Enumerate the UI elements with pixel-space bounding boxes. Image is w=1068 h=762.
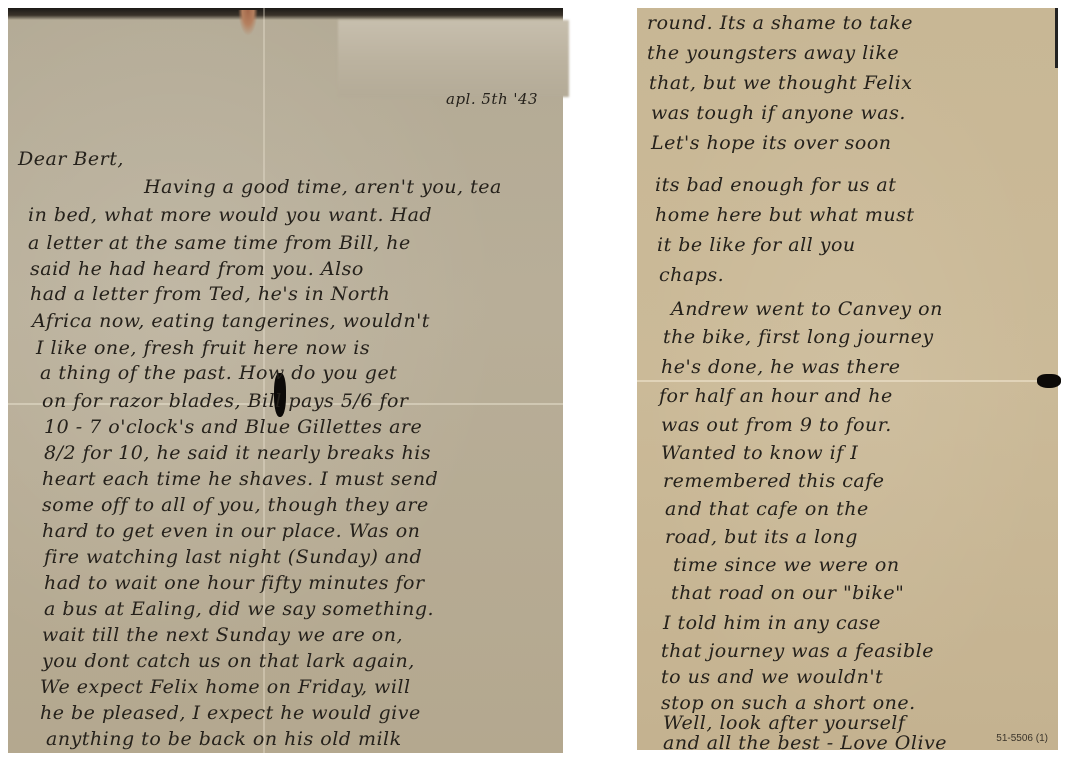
letter-line: said he had heard from you. Also [30,258,364,280]
letter-line: stop on such a short one. [661,692,916,714]
letter-line: chaps. [659,264,724,286]
letter-date: apl. 5th '43 [446,90,538,108]
salutation: Dear Bert, [18,148,124,170]
letter-line: that road on our "bike" [671,582,904,604]
letter-line: round. Its a shame to take [647,12,913,34]
hole-mark [1037,374,1061,388]
letter-line: he's done, he was there [661,356,901,378]
letter-line: to us and we wouldn't [661,666,883,688]
letter-line: that journey was a feasible [661,640,934,662]
letter-line: in bed, what more would you want. Had [28,204,432,226]
letter-signoff: and all the best - Love Olive [663,732,947,754]
letter-line: a bus at Ealing, did we say something. [44,598,434,620]
letter-line: I told him in any case [663,612,881,634]
fold-crease-horizontal [637,380,1058,382]
letter-line: you dont catch us on that lark again, [42,650,415,672]
letter-line: on for razor blades, Bill pays 5/6 for [42,390,409,412]
letter-line: he be pleased, I expect he would give [40,702,421,724]
letter-line: heart each time he shaves. I must send [42,468,438,490]
letter-line: had to wait one hour fifty minutes for [44,572,425,594]
letter-line: the bike, first long journey [663,326,934,348]
letter-line: road, but its a long [665,526,858,548]
letter-line: home here but what must [655,204,915,226]
letter-line: Andrew went to Canvey on [671,298,943,320]
letter-line: Having a good time, aren't you, tea [144,176,502,198]
letter-line: hard to get even in our place. Was on [42,520,420,542]
letter-line: anything to be back on his old milk [46,728,402,750]
letter-page-1: apl. 5th '43 Dear Bert, Having a good ti… [8,8,563,753]
letter-line: some off to all of you, though they are [42,494,429,516]
letter-line: had a letter from Ted, he's in North [30,283,390,305]
torn-top-edge [8,8,563,20]
letter-line: and that cafe on the [665,498,869,520]
letter-line: remembered this cafe [663,470,885,492]
letter-line: a letter at the same time from Bill, he [28,232,411,254]
redacted-region [338,20,569,97]
letter-line: Well, look after yourself [663,712,905,734]
letter-line: it be like for all you [657,234,856,256]
dark-edge [1055,8,1058,68]
letter-line: Let's hope its over soon [651,132,892,154]
letter-line: the youngsters away like [647,42,899,64]
letter-line: was tough if anyone was. [651,102,906,124]
letter-line: Africa now, eating tangerines, wouldn't [32,310,430,332]
letter-line: fire watching last night (Sunday) and [44,546,422,568]
archive-stamp: 51-5506 (1) [996,733,1048,744]
letter-line: I like one, fresh fruit here now is [36,337,370,359]
letter-line: wait till the next Sunday we are on, [42,624,403,646]
letter-line: Wanted to know if I [661,442,858,464]
letter-line: that, but we thought Felix [649,72,912,94]
letter-page-2: round. Its a shame to take the youngster… [637,8,1058,750]
letter-line: for half an hour and he [659,385,893,407]
letter-line: We expect Felix home on Friday, will [40,676,411,698]
letter-line: its bad enough for us at [655,174,896,196]
letter-line: 8/2 for 10, he said it nearly breaks his [44,442,431,464]
letter-line: was out from 9 to four. [661,414,892,436]
letter-line: a thing of the past. How do you get [40,362,397,384]
torn-notch [238,10,258,36]
letter-line: 10 - 7 o'clock's and Blue Gillettes are [44,416,422,438]
letter-line: time since we were on [673,554,900,576]
